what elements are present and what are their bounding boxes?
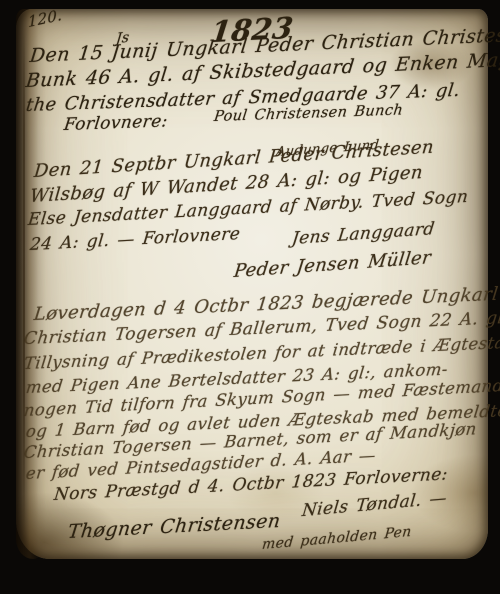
entry3-signature-note: med paaholden Pen <box>261 524 412 553</box>
entry2-line4: 24 A: gl. — Forlovnere <box>29 224 241 255</box>
manuscript-page: 120. Js 1823 Den 15 Junij Ungkarl Peder … <box>16 9 488 559</box>
page-number: 120. <box>28 6 63 32</box>
entry2-witness-signature-1: Jens Langgaard <box>291 219 436 249</box>
entry1-forlovere-label: Forlovnere: <box>63 111 169 135</box>
entry3-witness-signature: Niels Tøndal. — <box>301 488 448 521</box>
entry3-signature: Thøgner Christensen <box>67 510 282 543</box>
entry2-witness-signature-2: Peder Jensen Müller <box>233 247 433 282</box>
